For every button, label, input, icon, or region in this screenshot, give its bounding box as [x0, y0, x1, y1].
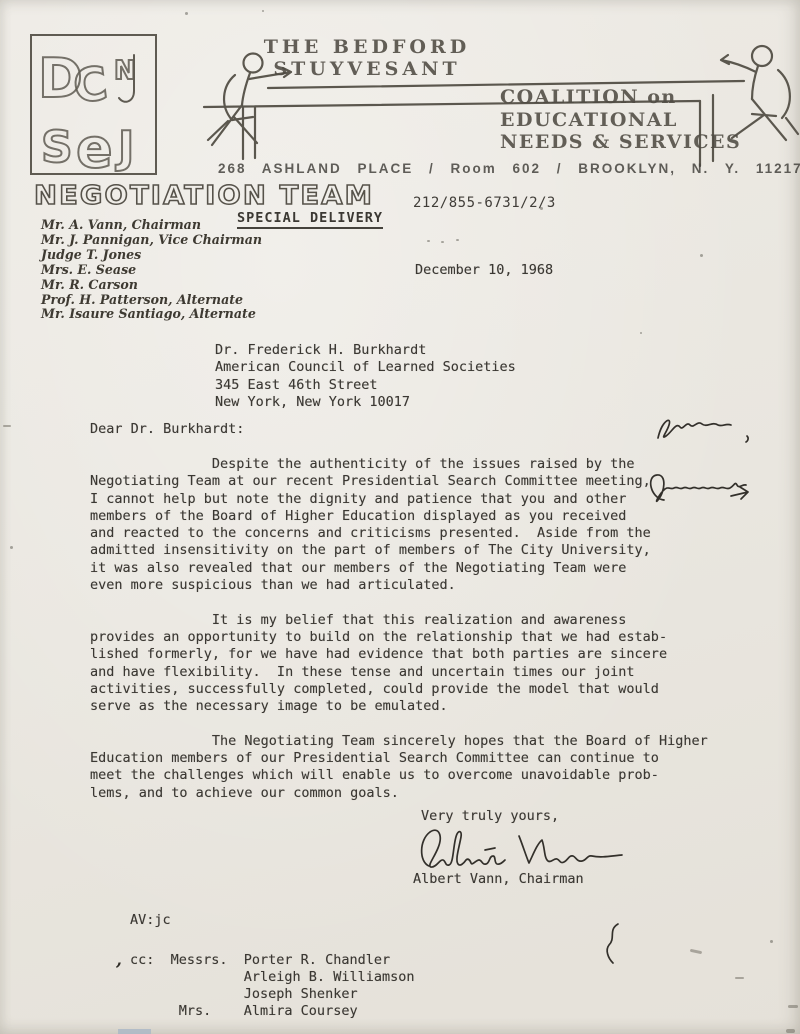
letter-date: December 10, 1968 [415, 262, 553, 279]
org-name: THE BEDFORD STUYVESANT [252, 36, 482, 80]
team-title-text: NEGOTIATION TEAM [34, 181, 374, 211]
team-member: Mr. R. Carson [41, 278, 262, 293]
org-name-line1: THE BEDFORD [252, 36, 482, 58]
scan-mark [735, 977, 744, 979]
signature-typed-name: Albert Vann, Chairman [413, 871, 584, 888]
letter-page: D C N S e J [0, 0, 800, 1034]
negotiation-team-title: NEGOTIATION TEAM [30, 178, 382, 212]
recipient-address: Dr. Frederick H. BurkhardtAmerican Counc… [215, 342, 516, 411]
scan-speck [770, 940, 773, 943]
scan-speck [640, 332, 642, 334]
org-name-line2: STUYVESANT [252, 58, 482, 80]
scan-speck [700, 254, 703, 257]
team-member: Judge T. Jones [41, 248, 262, 263]
letter-body: Despite the authenticity of the issues r… [90, 456, 708, 802]
handwritten-brace-mark [598, 920, 628, 966]
scan-speck [540, 207, 543, 210]
scan-edge-artifact [118, 1029, 151, 1034]
recipient-city: New York, New York 10017 [215, 394, 410, 410]
scan-mark [786, 1029, 795, 1033]
recipient-org: American Council of Learned Societies [215, 359, 516, 375]
scan-speck [262, 10, 264, 12]
signature-script [415, 822, 630, 877]
cc-list: cc: Messrs. Porter R. Chandler Arleigh B… [130, 952, 414, 1020]
team-member: Mr. J. Pannigan, Vice Chairman [41, 233, 262, 248]
logo-letter-n: N [114, 56, 136, 86]
coalition-line3: NEEDS & SERVICES [500, 131, 760, 154]
logo-letter-s: S [41, 122, 73, 173]
scan-speck [10, 546, 13, 549]
scan-mark [690, 949, 702, 954]
team-member: Mr. A. Vann, Chairman [41, 218, 262, 233]
handwritten-note-top [650, 412, 755, 447]
coalition-name: COALITION on EDUCATIONAL NEEDS & SERVICE… [500, 86, 760, 154]
recipient-name: Dr. Frederick H. Burkhardt [215, 342, 426, 358]
scan-speck [456, 239, 459, 241]
recipient-street: 345 East 46th Street [215, 377, 378, 393]
scan-speck [441, 241, 444, 243]
team-member: Prof. H. Patterson, Alternate [41, 293, 262, 308]
logo-letter-j: J [115, 122, 134, 173]
logo-letter-c: C [70, 56, 110, 114]
logo-letter-e: e [76, 117, 113, 180]
scan-speck [185, 12, 188, 15]
typist-reference: AV:jc [130, 912, 171, 929]
scan-mark [3, 425, 11, 427]
letterhead-phone: 212/855-6731/2/3 [413, 195, 556, 211]
team-member: Mr. Isaure Santiago, Alternate [41, 307, 262, 322]
team-member: Mrs. E. Sease [41, 263, 262, 278]
coalition-line2: EDUCATIONAL [500, 109, 760, 132]
scan-mark [788, 1005, 798, 1008]
coalition-line1: COALITION on [500, 86, 760, 109]
handwritten-comma-mark: , [116, 950, 122, 970]
salutation: Dear Dr. Burkhardt: [90, 421, 244, 438]
scan-speck [427, 240, 430, 242]
handwritten-note-scribble [645, 448, 760, 510]
negotiation-team-members: Mr. A. Vann, Chairman Mr. J. Pannigan, V… [41, 218, 262, 322]
letterhead-address: 268 ASHLAND PLACE / Room 602 / BROOKLYN,… [218, 161, 800, 176]
